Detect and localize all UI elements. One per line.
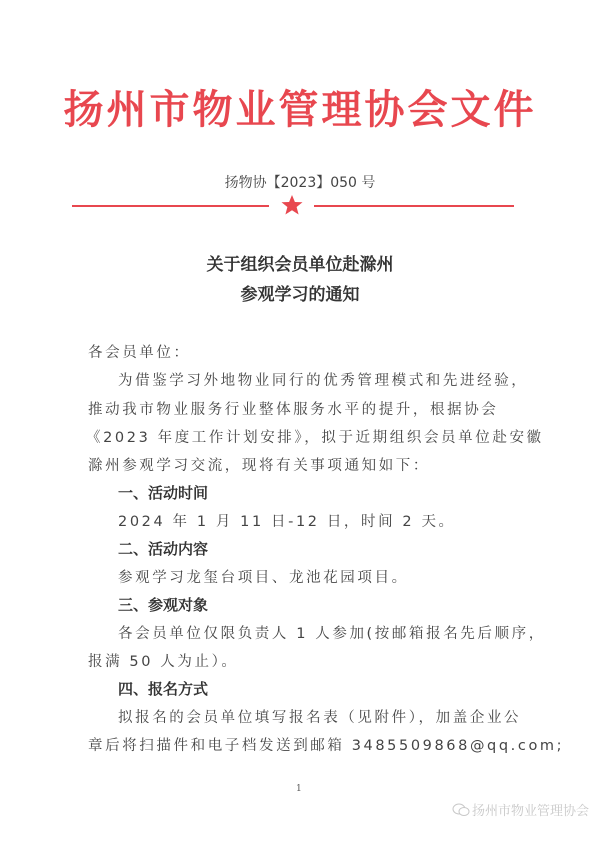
section-heading-content: 二、活动内容 [118, 538, 208, 559]
masthead-title: 扬州市物业管理协会文件 [0, 78, 600, 135]
section-text: 报满 50 人为止）。 [88, 650, 239, 671]
section-heading-time: 一、活动时间 [118, 482, 208, 503]
section-text: 参观学习龙玺台项目、龙池花园项目。 [118, 566, 409, 587]
intro-line: 为借鉴学习外地物业同行的优秀管理模式和先进经验， [118, 369, 528, 390]
red-star-icon [280, 193, 304, 217]
intro-line: 推动我市物业服务行业整体服务水平的提升，根据协会 [88, 398, 498, 419]
section-text: 章后将扫描件和电子档发送到邮箱 3485509868@qq.com; [88, 734, 564, 755]
section-text: 各会员单位仅限负责人 1 人参加(按邮箱报名先后顺序， [118, 622, 546, 643]
document-number: 扬物协【2023】050 号 [0, 172, 600, 192]
intro-line: 滁州参观学习交流，现将有关事项通知如下： [88, 454, 430, 475]
salutation: 各会员单位： [88, 341, 191, 362]
section-heading-registration: 四、报名方式 [118, 678, 208, 699]
watermark-text: 扬州市物业管理协会 [472, 804, 589, 819]
notice-title-line2: 参观学习的通知 [0, 280, 600, 305]
wechat-watermark: 扬州市物业管理协会 [452, 800, 589, 819]
section-heading-audience: 三、参观对象 [118, 594, 208, 615]
notice-title-line1: 关于组织会员单位赴滁州 [0, 250, 600, 275]
wechat-icon [452, 803, 470, 817]
section-text: 拟报名的会员单位填写报名表（见附件），加盖企业公 [118, 706, 521, 727]
intro-line: 《2023 年度工作计划安排》，拟于近期组织会员单位赴安徽 [86, 426, 544, 447]
red-divider-right [314, 205, 514, 207]
section-text: 2024 年 1 月 11 日-12 日，时间 2 天。 [118, 510, 456, 531]
red-divider-left [72, 205, 269, 207]
page-number: 1 [296, 784, 302, 794]
